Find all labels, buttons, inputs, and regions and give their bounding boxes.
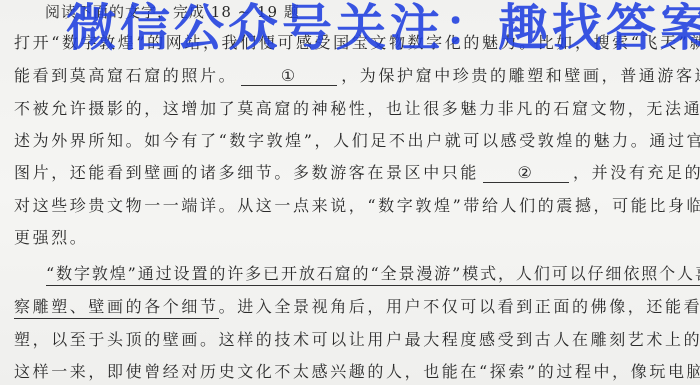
- paragraph2-line3: 塑，以至于头顶的壁画。这样的技术可以让用户最大程度感受到古人在雕刻艺术上的③。: [14, 330, 700, 350]
- underlined-sentence-end: 察雕塑、壁画的各个细节: [14, 297, 219, 319]
- paragraph1-line2: 能看到莫高窟石窟的照片。①，为保护窟中珍贵的雕塑和壁画，普通游客进入莫高窟是: [14, 66, 700, 86]
- paragraph1-line5: 图片，还能看到壁画的诸多细节。多数游客在景区中只能②，并没有充足的时间和机会: [14, 163, 700, 183]
- paragraph2-line1: “数字敦煌”通过设置的许多已开放石窟的“全景漫游”模式，人们可以仔细依照个人喜好…: [46, 264, 700, 284]
- blank-2[interactable]: ②: [483, 164, 569, 183]
- paragraph1-line7: 更强烈。: [14, 228, 88, 248]
- text-segment: 塑，以至于头顶的壁画。这样的技术可以让用户最大程度感受到古人在雕刻艺术上的: [14, 330, 700, 349]
- paragraph1-line3: 不被允许摄影的，这增加了莫高窟的神秘性，也让很多魅力非凡的石窟文物，无法通过游客…: [14, 99, 700, 119]
- text-segment: 能看到莫高窟石窟的照片。: [14, 66, 237, 85]
- paragraph1-line6: 对这些珍贵文物一一端详。从这一点来说，“数字敦煌”带给人们的震撼，可能比身临其境…: [14, 196, 700, 216]
- text-segment: 。进入全景视角后，用户不仅可以看到正面的佛像，还能看到两侧的雕: [219, 297, 700, 316]
- paragraph2-line2: 察雕塑、壁画的各个细节。进入全景视角后，用户不仅可以看到正面的佛像，还能看到两侧…: [14, 297, 700, 317]
- exam-page: 阅读下面的文字，完成 18 ~ 19 题 打开“数字敦煌”的网站，我们便可感受国…: [0, 0, 700, 385]
- underlined-sentence: “数字敦煌”通过设置的许多已开放石窟的“全景漫游”模式，人们可以仔细依照个人喜好…: [46, 264, 700, 286]
- paragraph1-line4: 述为外界所知。如今有了“数字敦煌”，人们足不出户就可以感受敦煌的魅力。通过官方的…: [14, 131, 700, 151]
- text-segment: ，为保护窟中珍贵的雕塑和壁画，普通游客进入莫高窟是: [341, 66, 700, 85]
- watermark-overlay: 微信公众号关注：趣找答案: [66, 0, 700, 58]
- text-segment: ，并没有充足的时间和机会: [573, 163, 700, 182]
- text-segment: 图片，还能看到壁画的诸多细节。多数游客在景区中只能: [14, 163, 479, 182]
- blank-1[interactable]: ①: [241, 67, 337, 86]
- paragraph2-line4: 这样一来，即使曾经对历史文化不太感兴趣的人，也能在“探索”的过程中，像玩电脑游戏…: [14, 362, 700, 382]
